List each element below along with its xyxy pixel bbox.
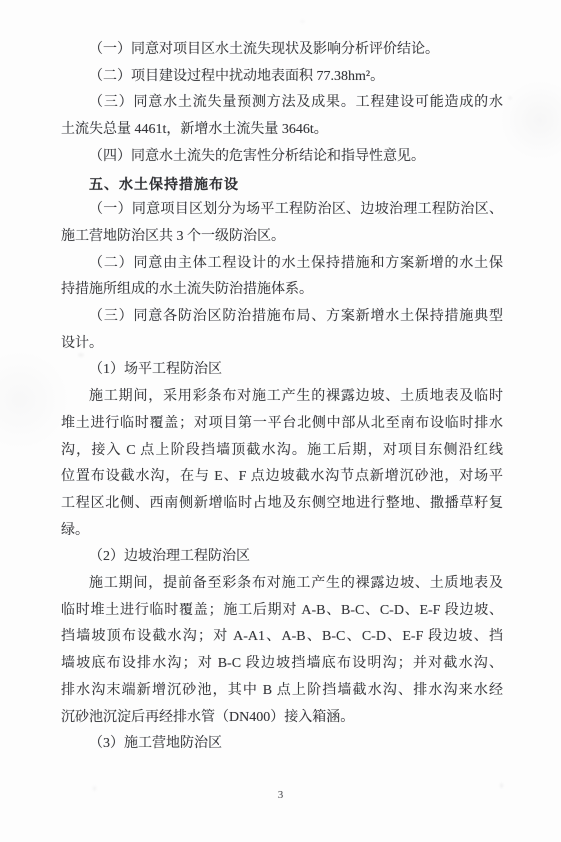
text-line-item-4: （四）同意水土流失的危害性分析结论和指导性意见。 <box>61 144 503 171</box>
text-line-sub-3-cont: 设计。 <box>61 331 503 358</box>
subsection-2-line-4: 墙坡底布设排水沟；对 B-C 段边坡挡墙底布设明沟；并对截水沟、 <box>61 651 503 678</box>
subsection-1-line-1: 施工期间，采用彩条布对施工产生的裸露边坡、土质地表及临时 <box>61 384 503 411</box>
section-heading: 五、水土保持措施布设 <box>61 171 503 198</box>
text-line-item-2: （二）项目建设过程中扰动地表面积 77.38hm²。 <box>61 64 503 91</box>
subsection-1-title: （1）场平工程防治区 <box>61 357 503 384</box>
subsection-2-title: （2）边坡治理工程防治区 <box>61 544 503 571</box>
subsection-2-line-1: 施工期间，提前备至彩条布对施工产生的裸露边坡、土质地表及 <box>61 571 503 598</box>
subsection-1-line-3: 沟，接入 C 点上阶段挡墙顶截水沟。施工后期，对项目东侧沿红线 <box>61 438 503 465</box>
scan-speckle <box>300 20 305 23</box>
text-line-item-3-cont: 土流失总量 4461t，新增水土流失量 3646t。 <box>61 117 503 144</box>
text-line-sub-1-cont: 施工营地防治区共 3 个一级防治区。 <box>61 224 503 251</box>
text-line-sub-2-cont: 持措施所组成的水土流失防治措施体系。 <box>61 277 503 304</box>
scan-speckle <box>508 96 512 100</box>
subsection-2-line-3: 挡墙坡顶布设截水沟；对 A-A1、A-B、B-C、C-D、E-F 段边坡、挡 <box>61 624 503 651</box>
subsection-2-line-5: 排水沟末端新增沉砂池，其中 B 点上阶挡墙截水沟、排水沟来水经 <box>61 678 503 705</box>
document-body: （一）同意对项目区水土流失现状及影响分析评价结论。 （二）项目建设过程中扰动地表… <box>61 37 503 758</box>
subsection-1-line-5: 工程区北侧、西南侧新增临时占地及东侧空地进行整地、撒播草籽复 <box>61 491 503 518</box>
subsection-1-line-2: 堆土进行临时覆盖；对项目第一平台北侧中部从北至南布设临时排水 <box>61 411 503 438</box>
document-page: （一）同意对项目区水土流失现状及影响分析评价结论。 （二）项目建设过程中扰动地表… <box>0 0 561 842</box>
text-line-sub-1: （一）同意项目区划分为场平工程防治区、边坡治理工程防治区、 <box>61 197 503 224</box>
subsection-2-line-6: 沉砂池沉淀后再经排水管（DN400）接入箱涵。 <box>61 705 503 732</box>
text-line-sub-2: （二）同意由主体工程设计的水土保持措施和方案新增的水土保 <box>61 251 503 278</box>
subsection-1-line-4: 位置布设截水沟，在与 E、F 点边坡截水沟节点新增沉砂池，对场平 <box>61 464 503 491</box>
scan-speckle <box>500 783 503 788</box>
subsection-3-title: （3）施工营地防治区 <box>61 731 503 758</box>
text-line-sub-3: （三）同意各防治区防治措施布局、方案新增水土保持措施典型 <box>61 304 503 331</box>
subsection-2-line-2: 临时堆土进行临时覆盖；施工后期对 A-B、B-C、C-D、E-F 段边坡、 <box>61 598 503 625</box>
text-line-item-1: （一）同意对项目区水土流失现状及影响分析评价结论。 <box>61 37 503 64</box>
text-line-item-3: （三）同意水土流失量预测方法及成果。工程建设可能造成的水 <box>61 90 503 117</box>
subsection-1-line-6: 绿。 <box>61 518 503 545</box>
page-number: 3 <box>0 789 561 801</box>
